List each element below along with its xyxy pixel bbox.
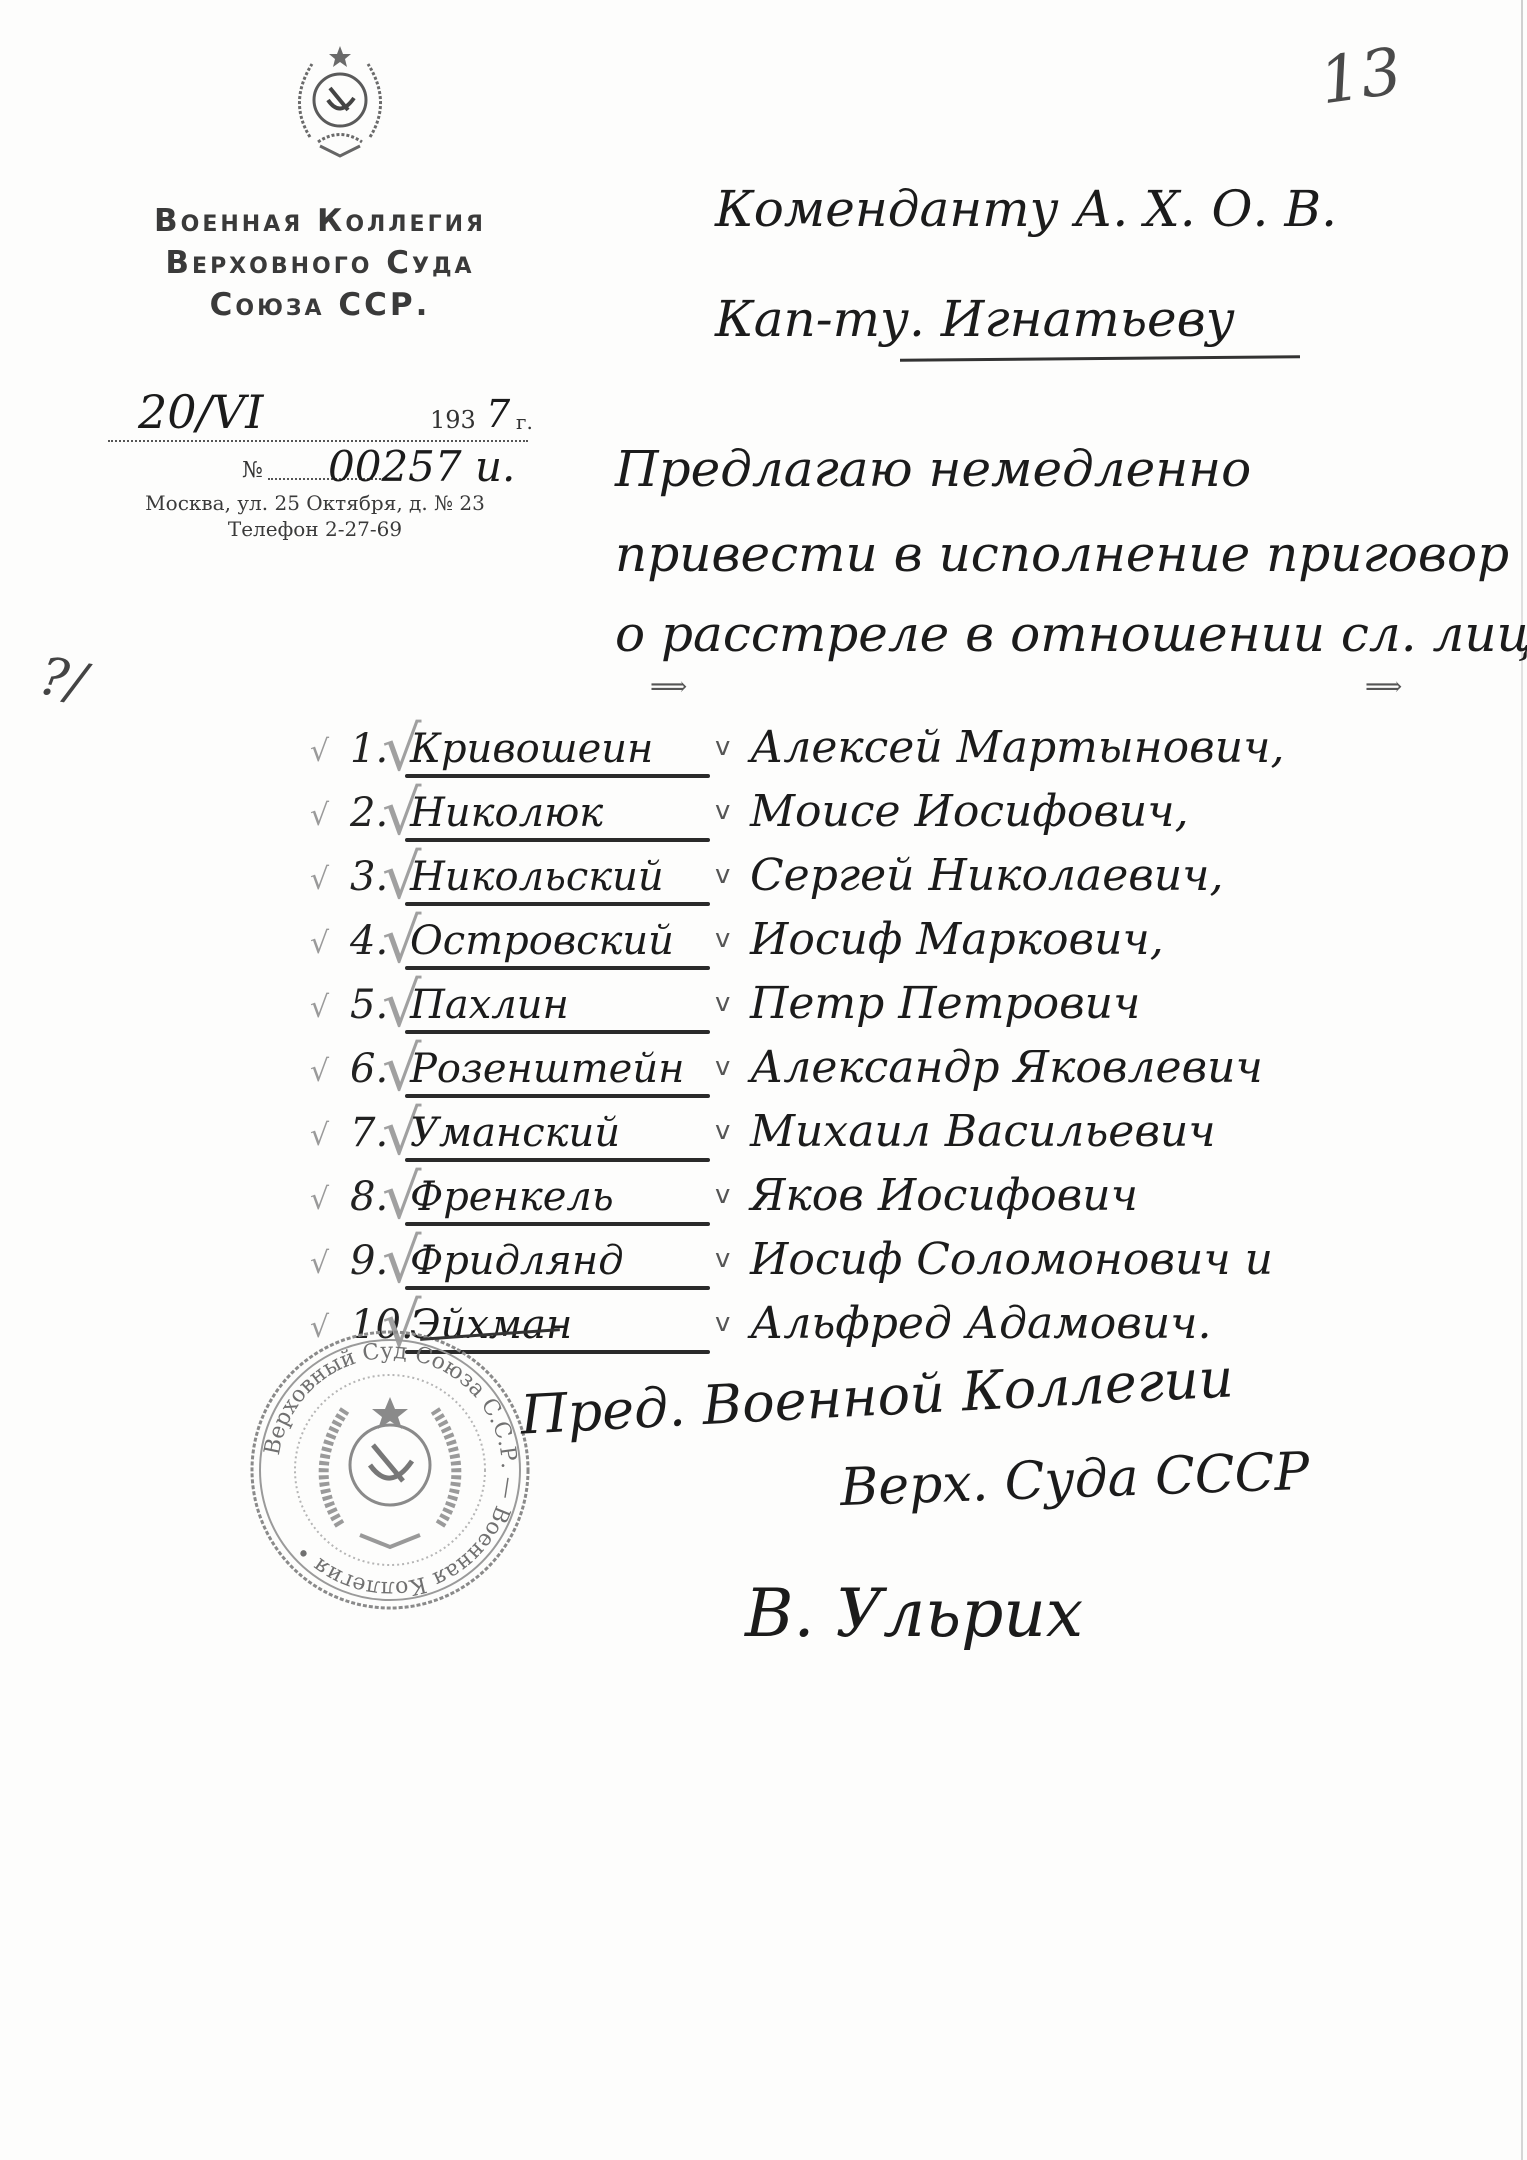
surname-underline: [405, 774, 710, 778]
check-mark-icon: √: [310, 1246, 329, 1281]
list-item: √ 1. √ Кривошеин v Алексей Мартынович,: [310, 720, 1360, 784]
arrow-mark-icon: ⟹: [1365, 672, 1402, 702]
surname: Никольский: [410, 854, 664, 900]
year-suffix: г.: [516, 410, 533, 434]
surname: Кривошеин: [410, 726, 653, 772]
small-check-mark-icon: v: [715, 860, 730, 890]
list-item: √ 5. √ Пахлин v Петр Петрович: [310, 976, 1360, 1040]
list-item: √ 2. √ Николюк v Моисе Иосифович,: [310, 784, 1360, 848]
surname: Пахлин: [410, 982, 569, 1028]
folio-number: 13: [1315, 35, 1406, 120]
given-name-patronymic: Яков Иосифович: [750, 1170, 1138, 1221]
body-line-3: о расстреле в отношении сл. лиц:: [615, 605, 1527, 663]
list-item: √ 3. √ Никольский v Сергей Николаевич,: [310, 848, 1360, 912]
small-check-mark-icon: v: [715, 924, 730, 954]
list-item: √ 9. √ Фридлянд v Иосиф Соломонович и: [310, 1232, 1360, 1296]
page-edge: [1521, 0, 1523, 2160]
surname: Розенштейн: [410, 1046, 684, 1092]
court-seal-stamp: Верховный Суд Союза С.С.Р. — Военная Кол…: [245, 1325, 535, 1615]
surname-underline: [405, 1222, 710, 1226]
signature-title-line-1: Пред. Военной Коллегии: [519, 1346, 1235, 1446]
list-item: √ 8. √ Френкель v Яков Иосифович: [310, 1168, 1360, 1232]
letterhead-line-1: Военная Коллегия: [100, 200, 540, 242]
surname-underline: [405, 1030, 710, 1034]
address-line: Москва, ул. 25 Октября, д. № 23: [100, 490, 530, 516]
addressee-line-2: Кап-ту. Игнатьеву: [715, 290, 1235, 348]
addressee-line-1: Коменданту А. Х. О. В.: [715, 180, 1337, 238]
given-name-patronymic: Иосиф Маркович,: [750, 914, 1164, 965]
surname-underline: [405, 1286, 710, 1290]
surname-underline: [405, 966, 710, 970]
margin-annotation: ?/: [35, 647, 90, 714]
arrow-mark-icon: ⟹: [650, 672, 687, 702]
year-handwritten: 7: [486, 392, 510, 436]
addressee-underline: [900, 355, 1300, 361]
surname: Фридлянд: [410, 1238, 624, 1284]
phone-line: Телефон 2-27-69: [100, 516, 530, 542]
stamp-ring-text: Верховный Суд Союза С.С.Р. — Военная Кол…: [260, 1339, 521, 1601]
surname: Островский: [410, 918, 674, 964]
check-mark-icon: √: [310, 1054, 329, 1089]
given-name-patronymic: Александр Яковлевич: [750, 1042, 1263, 1093]
date-handwritten: 20/VI: [138, 385, 263, 439]
check-mark-icon: √: [310, 926, 329, 961]
check-mark-icon: √: [310, 990, 329, 1025]
surname-underline: [405, 838, 710, 842]
signature-name: В. Ульрих: [745, 1575, 1083, 1652]
given-name-patronymic: Алексей Мартынович,: [750, 722, 1284, 773]
given-name-patronymic: Альфред Адамович.: [750, 1298, 1212, 1349]
ussr-coat-of-arms-icon: [324, 1397, 457, 1547]
small-check-mark-icon: v: [715, 988, 730, 1018]
given-name-patronymic: Михаил Васильевич: [750, 1106, 1216, 1157]
list-item: √ 6. √ Розенштейн v Александр Яковлевич: [310, 1040, 1360, 1104]
surname: Френкель: [410, 1174, 614, 1220]
surname: Николюк: [410, 790, 603, 836]
signature-title-line-2: Верх. Суда СССР: [839, 1442, 1310, 1518]
surname-underline: [405, 1158, 710, 1162]
small-check-mark-icon: v: [715, 796, 730, 826]
check-mark-icon: √: [310, 1118, 329, 1153]
svg-text:Верховный Суд Союза С.С.Р. — В: Верховный Суд Союза С.С.Р. — Военная Кол…: [260, 1339, 521, 1601]
ussr-coat-of-arms-icon: [280, 42, 400, 162]
check-mark-icon: √: [310, 1182, 329, 1217]
surname-underline: [405, 1094, 710, 1098]
given-name-patronymic: Иосиф Соломонович и: [750, 1234, 1273, 1285]
given-name-patronymic: Петр Петрович: [750, 978, 1140, 1029]
small-check-mark-icon: v: [715, 1244, 730, 1274]
small-check-mark-icon: v: [715, 1180, 730, 1210]
surname: Уманский: [410, 1110, 620, 1156]
letterhead-address: Москва, ул. 25 Октября, д. № 23 Телефон …: [100, 490, 530, 542]
list-item: √ 4. √ Островский v Иосиф Маркович,: [310, 912, 1360, 976]
small-check-mark-icon: v: [715, 1052, 730, 1082]
number-label: №: [242, 458, 263, 483]
small-check-mark-icon: v: [715, 732, 730, 762]
check-mark-icon: √: [310, 862, 329, 897]
given-name-patronymic: Сергей Николаевич,: [750, 850, 1224, 901]
letterhead-line-3: Союза ССР.: [100, 284, 540, 326]
small-check-mark-icon: v: [715, 1116, 730, 1146]
body-line-2: привести в исполнение приговор: [615, 525, 1509, 583]
number-handwritten: 00257 и.: [328, 442, 515, 491]
body-line-1: Предлагаю немедленно: [615, 440, 1251, 498]
execution-list: √ 1. √ Кривошеин v Алексей Мартынович, √…: [310, 720, 1360, 1360]
letterhead-line-2: Верховного Суда: [100, 242, 540, 284]
check-mark-icon: √: [310, 734, 329, 769]
letterhead-title: Военная Коллегия Верховного Суда Союза С…: [100, 200, 540, 326]
year-printed: 193: [430, 406, 476, 434]
check-mark-icon: √: [310, 798, 329, 833]
given-name-patronymic: Моисе Иосифович,: [750, 786, 1189, 837]
surname-underline: [405, 902, 710, 906]
small-check-mark-icon: v: [715, 1308, 730, 1338]
list-item: √ 7. √ Уманский v Михаил Васильевич: [310, 1104, 1360, 1168]
